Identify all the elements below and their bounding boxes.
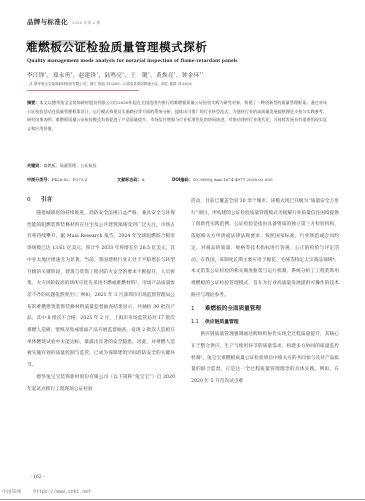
body-column-left: 0引言 随着城镇化的持续推进，消防安全法规日益严格，兼具安全与环保性能的阻燃装饰…: [27, 192, 175, 395]
author: 赵建锋1: [79, 73, 99, 79]
keywords: 关键词：难燃板；质量管理；公证检验: [27, 163, 97, 169]
journal-name-row: 品牌与标准化2026 年第 2 期: [27, 9, 100, 28]
affiliation-underline: [27, 90, 139, 91]
affiliation: （1.德华兔宝宝装饰新材股份有限公司，浙江 德清 313200；2.德清县消防救…: [27, 82, 194, 87]
body-paragraph: 供应链质量管理强调通过跨组织协作实现全过程质量提升，其核心在于整合供应、生产与使…: [191, 329, 339, 388]
author: 郑永勇2: [53, 73, 73, 79]
author: 钟金环1*: [182, 73, 204, 79]
author: 黄焕亮1: [156, 73, 176, 79]
cnki-url[interactable]: https://www.cnki.net: [33, 490, 91, 495]
classification-info: 中图分类号：F426.82；F273.2 文献标志码：A DOI编码：10.39…: [27, 177, 327, 183]
page-number: - 162 -: [30, 475, 45, 480]
keywords-text: 难燃板；质量管理；公证检验: [43, 163, 96, 168]
body-paragraph: 随着城镇化的持续推进，消防安全法规日益严格，兼具安全与环保性能的阻燃装饰装修材料…: [27, 208, 175, 372]
abstract-text: 本文以德华兔宝宝装饰新材股份有限公司自2020年起在全国范围内推行的难燃板质量公…: [27, 100, 327, 131]
article-title-en: Quality management mode analysis for not…: [27, 58, 238, 64]
abstract: 摘要：本文以德华兔宝宝装饰新材股份有限公司自2020年起在全国范围内推行的难燃板…: [27, 99, 327, 133]
bottom-divider: [0, 499, 365, 500]
author: 陆鸣亮1: [104, 73, 124, 79]
body-paragraph: 活动，目前已覆盖全国 30 余个城市。该模式现已升级为“质量安全万里行”项目，所…: [191, 196, 339, 301]
body-paragraph: 德华兔宝宝装饰新材股份有限公司（以下简称“兔宝宝”）自 2020 年起试点推行工…: [27, 372, 175, 395]
section-heading-intro: 0引言: [27, 192, 175, 208]
clc-code: 中图分类号：F426.82；F273.2: [27, 177, 117, 183]
article-title-cn: 难燃板公证检验质量管理模式探析: [26, 39, 208, 55]
cnki-name: 中国知网: [2, 490, 21, 495]
abstract-label: 摘要：: [27, 100, 39, 105]
keywords-label: 关键词：: [27, 163, 43, 168]
author-list: 李江锋1，郑永勇2，赵建锋1，陆鸣亮1，王 键1，黄焕亮1，钟金环1*: [27, 71, 204, 79]
journal-issue: 2026 年第 2 期: [72, 20, 101, 25]
document-code: 文献标志码：A: [117, 177, 172, 183]
body-column-right: 活动，目前已覆盖全国 30 余个城市。该模式现已升级为“质量安全万里行”项目，所…: [191, 196, 339, 388]
author: 李江锋1: [27, 73, 47, 79]
author: 王 键1: [130, 73, 150, 79]
doi-code: DOI编码：10.3969/j.issn.1674-4977.2026.02.0…: [172, 177, 273, 183]
cnki-watermark: 中国知网https://www.cnki.net: [2, 488, 91, 495]
subsection-heading-1-1: 1.1供应链质量管理: [191, 317, 339, 329]
section-heading-1: 1难燃板的全面质量管理: [191, 301, 339, 317]
journal-name: 品牌与标准化: [27, 18, 68, 26]
